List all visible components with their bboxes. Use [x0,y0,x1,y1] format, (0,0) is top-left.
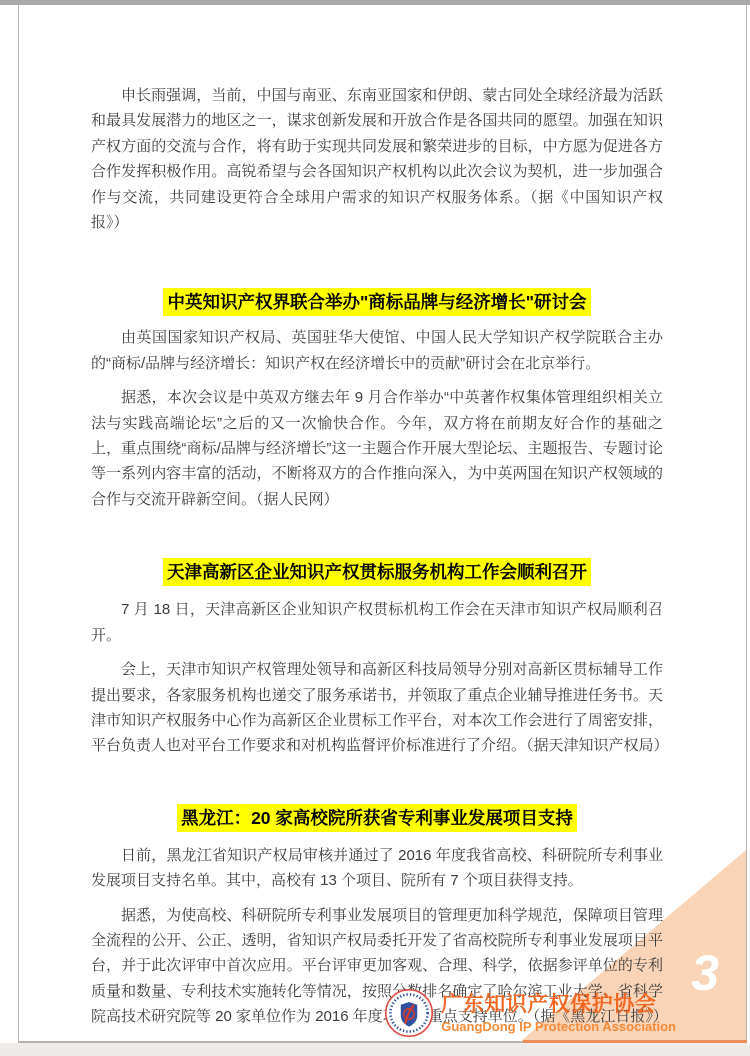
article-headline: 中英知识产权界联合举办"商标品牌与经济增长"研讨会 [91,288,663,316]
org-name-cn: 广东知识产权保护协会 [441,992,676,1018]
association-emblem-icon [384,987,434,1039]
corner-baseline-decoration [523,1040,747,1043]
article-paragraph: 据悉，本次会议是中英双方继去年 9 月合作举办“中英著作权集体管理组织相关立法与… [91,385,663,512]
headline-highlight: 黑龙江：20 家高校院所获省专利事业发展项目支持 [177,804,577,832]
article-headline: 天津高新区企业知识产权贯标服务机构工作会顺利召开 [91,558,663,586]
headline-highlight: 中英知识产权界联合举办"商标品牌与经济增长"研讨会 [163,288,590,316]
article-paragraph: 日前，黑龙江省知识产权局审核并通过了 2016 年度我省高校、科研院所专利事业发… [91,843,663,894]
article-headline: 黑龙江：20 家高校院所获省专利事业发展项目支持 [91,804,663,832]
headline-highlight: 天津高新区企业知识产权贯标服务机构工作会顺利召开 [163,558,591,586]
newsletter-page: 申长雨强调，当前，中国与南亚、东南亚国家和伊朗、蒙古同处全球经济最为活跃和最具发… [18,5,747,1043]
footer-text: 广东知识产权保护协会 GuangDong IP Protection Assoc… [441,992,676,1034]
page-content: 申长雨强调，当前，中国与南亚、东南亚国家和伊朗、蒙古同处全球经济最为活跃和最具发… [19,5,663,1030]
article-paragraph: 会上，天津市知识产权管理处领导和高新区科技局领导分别对高新区贯标辅导工作提出要求… [91,657,663,759]
page-bottom-margin [0,1043,750,1056]
article-paragraph: 由英国国家知识产权局、英国驻华大使馆、中国人民大学知识产权学院联合主办的“商标/… [91,325,663,376]
article-paragraph: 7 月 18 日，天津高新区企业知识产权贯标机构工作会在天津市知识产权局顺利召开… [91,597,663,648]
article-paragraph: 申长雨强调，当前，中国与南亚、东南亚国家和伊朗、蒙古同处全球经济最为活跃和最具发… [91,83,663,235]
footer-brand: 广东知识产权保护协会 GuangDong IP Protection Assoc… [384,987,676,1039]
page-number: 3 [691,948,719,998]
page-top-edge [0,0,750,5]
org-name-en: GuangDong IP Protection Association [441,1019,676,1034]
